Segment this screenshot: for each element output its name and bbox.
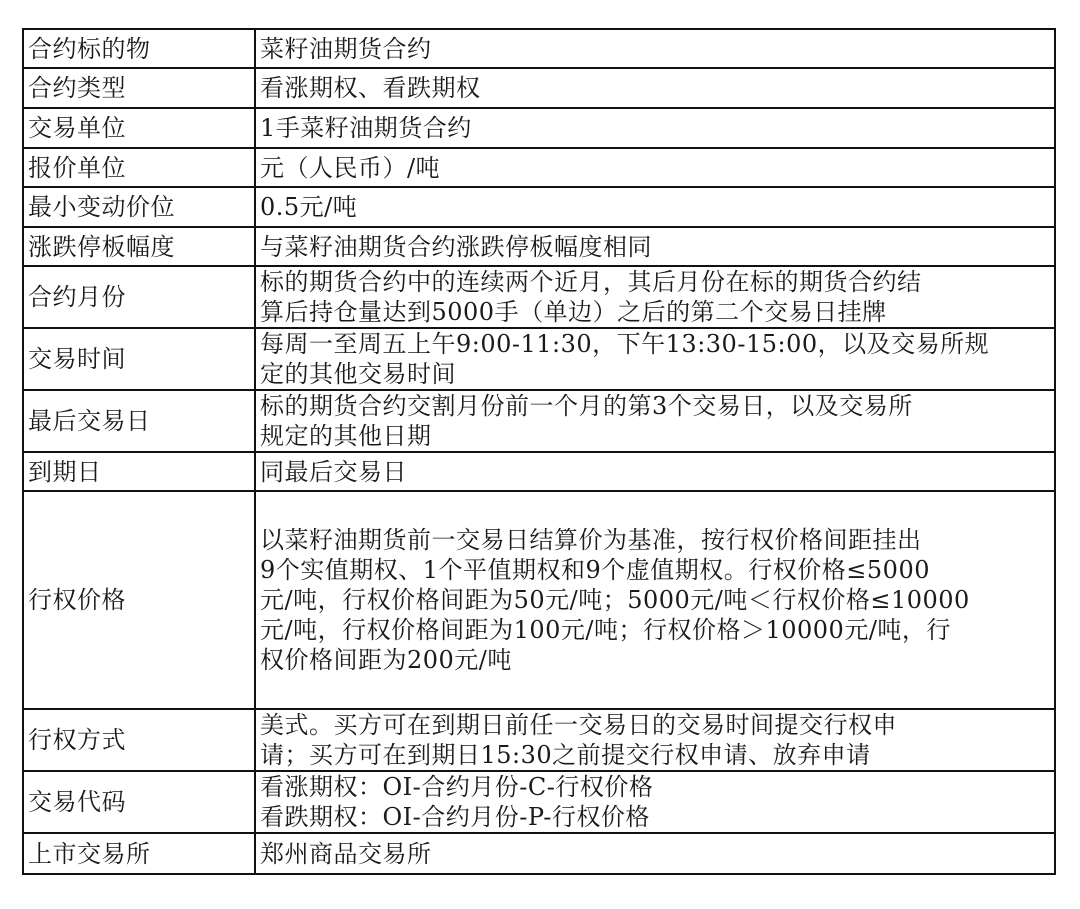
row-label: 报价单位 xyxy=(23,148,255,187)
row-value: 标的期货合约交割月份前一个月的第3个交易日，以及交易所规定的其他日期 xyxy=(255,390,1055,452)
row-value: 菜籽油期货合约 xyxy=(255,29,1055,68)
table-row: 合约类型看涨期权、看跌期权 xyxy=(23,68,1055,108)
row-value: 郑州商品交易所 xyxy=(255,833,1055,874)
row-value-line: 元（人民币）/吨 xyxy=(260,153,1050,183)
row-value-line: 请；买方可在到期日15:30之前提交行权申请、放弃申请 xyxy=(260,740,1050,770)
row-value: 标的期货合约中的连续两个近月，其后月份在标的期货合约结算后持仓量达到5000手（… xyxy=(255,266,1055,328)
table-row: 涨跌停板幅度与菜籽油期货合约涨跌停板幅度相同 xyxy=(23,227,1055,266)
row-value-line: 看跌期权：OI-合约月份-P-行权价格 xyxy=(260,802,1050,832)
row-label: 合约标的物 xyxy=(23,29,255,68)
row-label: 合约类型 xyxy=(23,68,255,108)
table-row: 报价单位元（人民币）/吨 xyxy=(23,148,1055,187)
row-value-line: 标的期货合约中的连续两个近月，其后月份在标的期货合约结 xyxy=(260,267,1050,297)
row-value-line: 看涨期权：OI-合约月份-C-行权价格 xyxy=(260,772,1050,802)
table-row: 合约标的物菜籽油期货合约 xyxy=(23,29,1055,68)
row-value: 看涨期权：OI-合约月份-C-行权价格看跌期权：OI-合约月份-P-行权价格 xyxy=(255,771,1055,833)
table-row: 行权价格以菜籽油期货前一交易日结算价为基准，按行权价格间距挂出9个实值期权、1个… xyxy=(23,491,1055,709)
row-value-line: 美式。买方可在到期日前任一交易日的交易时间提交行权申 xyxy=(260,710,1050,740)
row-value: 同最后交易日 xyxy=(255,452,1055,491)
row-value-line: 同最后交易日 xyxy=(260,457,1050,487)
row-label: 交易时间 xyxy=(23,328,255,390)
row-value-line: 算后持仓量达到5000手（单边）之后的第二个交易日挂牌 xyxy=(260,297,1050,327)
table-row: 交易单位1手菜籽油期货合约 xyxy=(23,108,1055,148)
row-value-line: 定的其他交易时间 xyxy=(260,359,1050,389)
row-label: 合约月份 xyxy=(23,266,255,328)
row-value-line: 元/吨，行权价格间距为50元/吨；5000元/吨＜行权价格≤10000 xyxy=(260,585,1050,615)
table-row: 合约月份标的期货合约中的连续两个近月，其后月份在标的期货合约结算后持仓量达到50… xyxy=(23,266,1055,328)
row-value-line: 1手菜籽油期货合约 xyxy=(260,113,1050,143)
row-label: 上市交易所 xyxy=(23,833,255,874)
row-value-line: 9个实值期权、1个平值期权和9个虚值期权。行权价格≤5000 xyxy=(260,555,1050,585)
row-value-line: 看涨期权、看跌期权 xyxy=(260,73,1050,103)
row-value-line: 权价格间距为200元/吨 xyxy=(260,645,1050,675)
table-row: 上市交易所郑州商品交易所 xyxy=(23,833,1055,874)
row-value-line: 菜籽油期货合约 xyxy=(260,34,1050,64)
row-value-line: 规定的其他日期 xyxy=(260,421,1050,451)
table-row: 最后交易日标的期货合约交割月份前一个月的第3个交易日，以及交易所规定的其他日期 xyxy=(23,390,1055,452)
row-label: 行权价格 xyxy=(23,491,255,709)
spec-table-body: 合约标的物菜籽油期货合约合约类型看涨期权、看跌期权交易单位1手菜籽油期货合约报价… xyxy=(23,29,1055,874)
row-label: 交易单位 xyxy=(23,108,255,148)
row-label: 到期日 xyxy=(23,452,255,491)
row-label: 涨跌停板幅度 xyxy=(23,227,255,266)
option-contract-spec-table: 合约标的物菜籽油期货合约合约类型看涨期权、看跌期权交易单位1手菜籽油期货合约报价… xyxy=(22,28,1056,875)
row-value: 看涨期权、看跌期权 xyxy=(255,68,1055,108)
row-value-line: 每周一至周五上午9:00-11:30，下午13:30-15:00，以及交易所规 xyxy=(260,329,1050,359)
table-row: 最小变动价位0.5元/吨 xyxy=(23,187,1055,227)
table-row: 到期日同最后交易日 xyxy=(23,452,1055,491)
row-value: 美式。买方可在到期日前任一交易日的交易时间提交行权申请；买方可在到期日15:30… xyxy=(255,709,1055,771)
row-value-line: 郑州商品交易所 xyxy=(260,839,1050,869)
row-value-line: 以菜籽油期货前一交易日结算价为基准，按行权价格间距挂出 xyxy=(260,525,1050,555)
row-label: 最小变动价位 xyxy=(23,187,255,227)
row-label: 交易代码 xyxy=(23,771,255,833)
table-row: 交易代码看涨期权：OI-合约月份-C-行权价格看跌期权：OI-合约月份-P-行权… xyxy=(23,771,1055,833)
row-value: 0.5元/吨 xyxy=(255,187,1055,227)
table-row: 行权方式美式。买方可在到期日前任一交易日的交易时间提交行权申请；买方可在到期日1… xyxy=(23,709,1055,771)
row-value: 元（人民币）/吨 xyxy=(255,148,1055,187)
table-row: 交易时间每周一至周五上午9:00-11:30，下午13:30-15:00，以及交… xyxy=(23,328,1055,390)
row-value: 每周一至周五上午9:00-11:30，下午13:30-15:00，以及交易所规定… xyxy=(255,328,1055,390)
row-value-line: 元/吨，行权价格间距为100元/吨；行权价格＞10000元/吨，行 xyxy=(260,615,1050,645)
row-label: 最后交易日 xyxy=(23,390,255,452)
row-value: 1手菜籽油期货合约 xyxy=(255,108,1055,148)
row-value-line: 0.5元/吨 xyxy=(260,192,1050,222)
row-label: 行权方式 xyxy=(23,709,255,771)
row-value: 与菜籽油期货合约涨跌停板幅度相同 xyxy=(255,227,1055,266)
row-value: 以菜籽油期货前一交易日结算价为基准，按行权价格间距挂出9个实值期权、1个平值期权… xyxy=(255,491,1055,709)
row-value-line: 与菜籽油期货合约涨跌停板幅度相同 xyxy=(260,232,1050,262)
row-value-line: 标的期货合约交割月份前一个月的第3个交易日，以及交易所 xyxy=(260,391,1050,421)
